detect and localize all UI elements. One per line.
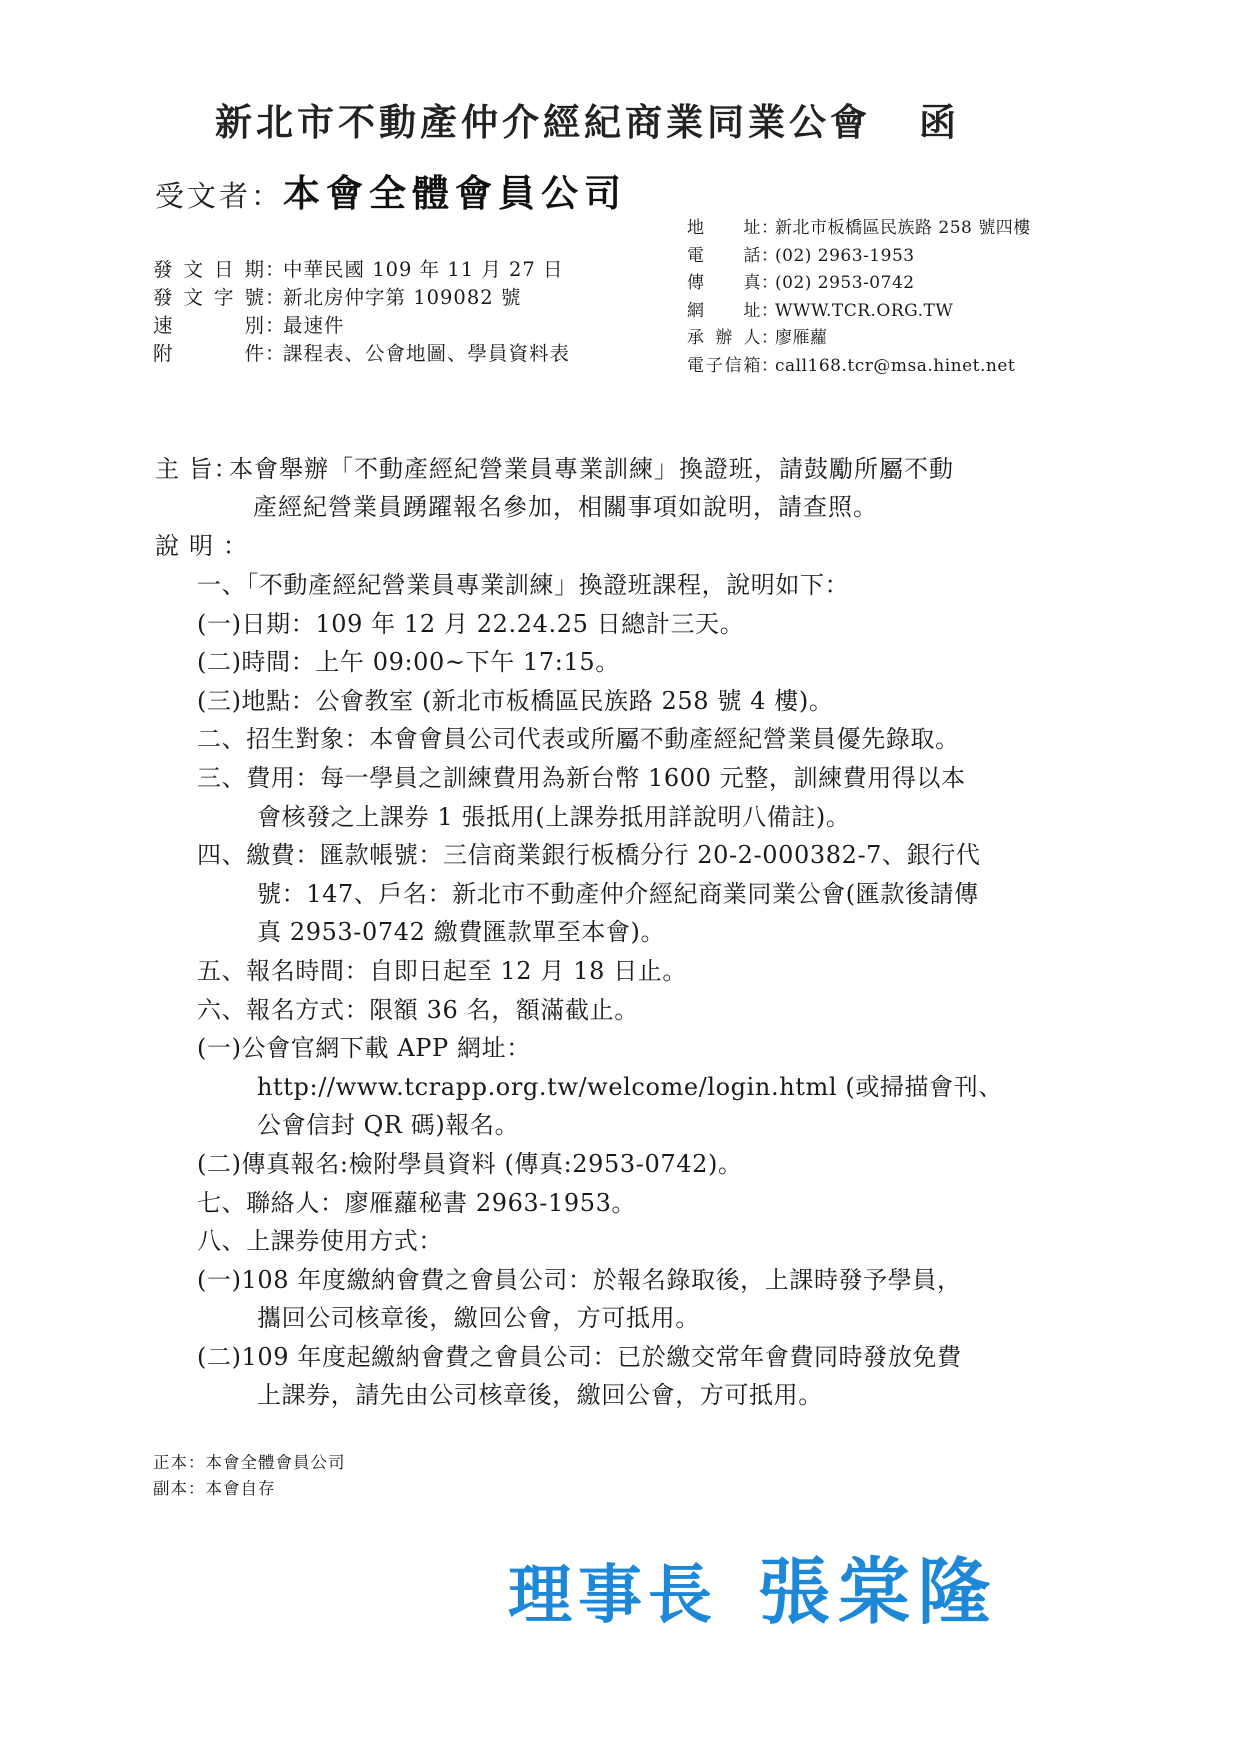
explanation-line: 一、「不動產經紀營業員專業訓練」換證班課程，說明如下： bbox=[197, 566, 1003, 605]
attachments: 附件：課程表、公會地圖、學員資料表 bbox=[153, 340, 570, 368]
explanation-line: 上課券，請先由公司核章後，繳回公會，方可抵用。 bbox=[197, 1376, 1003, 1415]
subject-line-2: 產經紀營業員踴躍報名參加，相關事項如說明，請查照。 bbox=[155, 488, 954, 526]
explanation-line: 七、聯絡人：廖雁蘿秘書 2963-1953。 bbox=[197, 1184, 1003, 1223]
document-title: 新北市不動產仲介經紀商業同業公會函 bbox=[215, 92, 960, 146]
original-copy: 正本：本會全體會員公司 bbox=[153, 1450, 346, 1476]
explanation-line: 攜回公司核章後，繳回公會，方可抵用。 bbox=[197, 1299, 1003, 1338]
explanation-items: 一、「不動產經紀營業員專業訓練」換證班課程，說明如下： (一)日期：109 年 … bbox=[197, 566, 1003, 1415]
explanation-line: 真 2953-0742 繳費匯款單至本會)。 bbox=[197, 913, 1003, 952]
explanation-line: 八、上課券使用方式： bbox=[197, 1222, 1003, 1261]
subject-section: 主 旨：本會舉辦「不動產經紀營業員專業訓練」換證班，請鼓勵所屬不動 產經紀營業員… bbox=[155, 450, 954, 526]
explanation-line: (三)地點：公會教室 (新北市板橋區民族路 258 號 4 樓)。 bbox=[197, 682, 1003, 721]
explanation-line: 五、報名時間：自即日起至 12 月 18 日止。 bbox=[197, 952, 1003, 991]
explanation-line: (二)傳真報名:檢附學員資料 (傳真:2953-0742)。 bbox=[197, 1145, 1003, 1184]
urgency: 速別：最速件 bbox=[153, 312, 570, 340]
contact-address: 地址：新北市板橋區民族路 258 號四樓 bbox=[687, 215, 1031, 243]
contact-email: 電子信箱：call168.tcr@msa.hinet.net bbox=[687, 353, 1031, 381]
organization-name: 新北市不動產仲介經紀商業同業公會 bbox=[215, 101, 871, 144]
explanation-line: (一)日期：109 年 12 月 22.24.25 日總計三天。 bbox=[197, 605, 1003, 644]
explanation-line: (一)公會官網下載 APP 網址： bbox=[197, 1029, 1003, 1068]
signature-title: 理事長 bbox=[508, 1559, 718, 1633]
explanation-line: (一)108 年度繳納會費之會員公司：於報名錄取後，上課時發予學員， bbox=[197, 1261, 1003, 1300]
explanation-line: 號：147、戶名：新北市不動產仲介經紀商業同業公會(匯款後請傳 bbox=[197, 875, 1003, 914]
recipient-line: 受文者：本會全體會員公司 bbox=[155, 163, 627, 217]
subject-label: 主 旨： bbox=[155, 450, 229, 488]
recipient-value: 本會全體會員公司 bbox=[283, 172, 627, 215]
explanation-line: 三、費用：每一學員之訓練費用為新台幣 1600 元整，訓練費用得以本 bbox=[197, 759, 1003, 798]
explanation-line: 會核發之上課券 1 張抵用(上課券抵用詳說明八備註)。 bbox=[197, 798, 1003, 837]
chairman-signature-stamp: 理事長張棠隆 bbox=[508, 1534, 998, 1638]
contact-fax: 傳真：(02) 2953-0742 bbox=[687, 270, 1031, 298]
explanation-line: 公會信封 QR 碼)報名。 bbox=[197, 1106, 1003, 1145]
contact-website: 網址：WWW.TCR.ORG.TW bbox=[687, 298, 1031, 326]
copies-distribution: 正本：本會全體會員公司 副本：本會自存 bbox=[153, 1450, 346, 1502]
registration-url: http://www.tcrapp.org.tw/welcome/login.h… bbox=[197, 1068, 1003, 1107]
issue-number: 發文字號：新北房仲字第 109082 號 bbox=[153, 284, 570, 312]
recipient-label: 受文者： bbox=[155, 179, 283, 213]
contact-phone: 電話：(02) 2963-1953 bbox=[687, 243, 1031, 271]
explanation-line: (二)109 年度起繳納會費之會員公司：已於繳交常年會費同時發放免費 bbox=[197, 1338, 1003, 1377]
explanation-line: 六、報名方式：限額 36 名，額滿截止。 bbox=[197, 991, 1003, 1030]
duplicate-copy: 副本：本會自存 bbox=[153, 1476, 346, 1502]
issue-date: 發文日期：中華民國 109 年 11 月 27 日 bbox=[153, 256, 570, 284]
contact-info: 地址：新北市板橋區民族路 258 號四樓 電話：(02) 2963-1953 傳… bbox=[687, 215, 1031, 380]
explanation-line: 二、招生對象：本會會員公司代表或所屬不動產經紀營業員優先錄取。 bbox=[197, 720, 1003, 759]
document-type: 函 bbox=[919, 101, 960, 144]
contact-handler: 承辦人：廖雁蘿 bbox=[687, 325, 1031, 353]
explanation-line: (二)時間：上午 09:00~下午 17:15。 bbox=[197, 643, 1003, 682]
explanation-label: 說明： bbox=[155, 526, 257, 561]
explanation-line: 四、繳費：匯款帳號：三信商業銀行板橋分行 20-2-000382-7、銀行代 bbox=[197, 836, 1003, 875]
signature-name: 張棠隆 bbox=[758, 1550, 998, 1634]
issue-info: 發文日期：中華民國 109 年 11 月 27 日 發文字號：新北房仲字第 10… bbox=[153, 256, 570, 368]
subject-line-1: 本會舉辦「不動產經紀營業員專業訓練」換證班，請鼓勵所屬不動 bbox=[229, 455, 954, 483]
